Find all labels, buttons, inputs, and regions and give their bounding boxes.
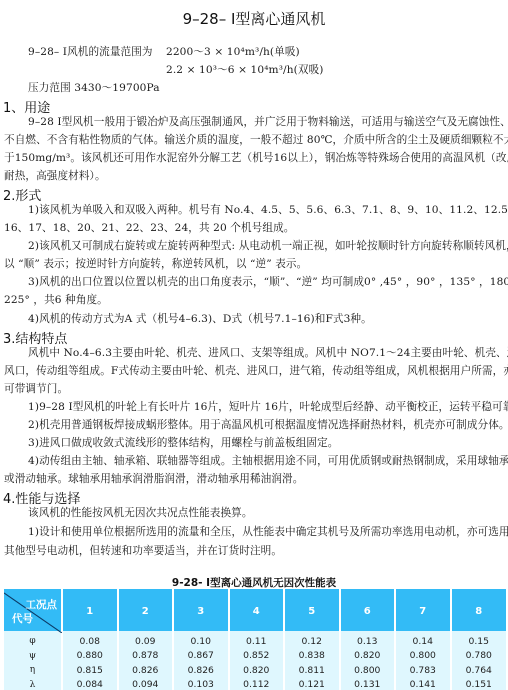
table-cell: 0.783 xyxy=(395,663,451,678)
table-cell: 0.764 xyxy=(451,663,507,678)
table-row: η 0.815 0.826 0.826 0.820 0.811 0.800 0.… xyxy=(4,663,506,678)
paragraph-line: 风机中 No.4–6.3主要由叶轮、机壳、进风口、支架等组成。风机中 NO7.1… xyxy=(28,347,504,360)
paragraph-line: 4)动传组由主轴、轴承箱、联轴器等组成。主轴根据用途不同，可用优质钢或耐热钢制成… xyxy=(28,455,504,468)
flow-range-single: 2200～3 × 10⁴m³/h(单吸) xyxy=(166,46,300,59)
paragraph-line: 2)该风机又可制成右旋转或左旋转两种型式: 从电动机一端正视，如叶轮按顺时针方向… xyxy=(28,240,504,253)
row-symbol: φ xyxy=(4,631,62,649)
paragraph-line: 1)该风机为单吸入和双吸入两种。机号有 No.4、4.5、5、5.6、6.3、7… xyxy=(28,204,504,217)
column-header: 5 xyxy=(284,590,340,631)
paragraph-line: 4)风机的传动方式为A 式（机号4–6.3)、D式（机号7.1–16)和F式3种… xyxy=(28,313,372,326)
paragraph-line: 不自燃、不含有粘性物质的气体。输送介质的温度，一般不超过 80℃，介质中所含的尘… xyxy=(4,134,504,147)
column-header: 4 xyxy=(229,590,285,631)
column-header: 7 xyxy=(395,590,451,631)
table-cell: 0.820 xyxy=(229,663,285,678)
paragraph-line: 225° ，共6 种角度。 xyxy=(4,294,108,307)
table-cell: 0.867 xyxy=(173,649,229,664)
table-cell: 0.103 xyxy=(173,678,229,690)
table-cell: 0.780 xyxy=(451,649,507,664)
table-cell: 0.880 xyxy=(62,649,118,664)
table-cell: 0.09 xyxy=(118,631,174,649)
table-cell: 0.826 xyxy=(173,663,229,678)
table-cell: 0.820 xyxy=(340,649,396,664)
table-cell: 0.826 xyxy=(118,663,174,678)
paragraph-line: 2)机壳用普通钢板焊接成蜗形整体。用于高温风机可根据温度情况选择耐热材料，机壳亦… xyxy=(28,419,504,432)
table-cell: 0.838 xyxy=(284,649,340,664)
table-title: 9-28- Ⅰ型离心通风机无因次性能表 xyxy=(0,575,508,590)
table-cell: 0.112 xyxy=(229,678,285,690)
paragraph-line: 1)设计和使用单位根据所选用的流量和全压，从性能表中确定其机号及所需功率选用电动… xyxy=(28,526,504,539)
table-cell: 0.12 xyxy=(284,631,340,649)
table-cell: 0.151 xyxy=(451,678,507,690)
paragraph-line: 可带调节门。 xyxy=(4,383,68,396)
table-row: λ 0.084 0.094 0.103 0.112 0.121 0.131 0.… xyxy=(4,678,506,690)
table-cell: 0.815 xyxy=(62,663,118,678)
table-cell: 0.15 xyxy=(451,631,507,649)
table-cell: 0.811 xyxy=(284,663,340,678)
table-corner-header: 工况点 代号 xyxy=(4,590,62,631)
column-header: 3 xyxy=(173,590,229,631)
paragraph-line: 9–28 Ⅰ型风机一般用于锻冶炉及高压强制通风，并广泛用于物料输送，可适用与输送… xyxy=(28,116,504,129)
row-symbol: ψ xyxy=(4,649,62,664)
paragraph-line: 1)9–28 Ⅰ型风机的叶轮上有长叶片 16片，短叶片 16片，叶轮成型后经静、… xyxy=(28,401,504,414)
column-header: 1 xyxy=(62,590,118,631)
table-cell: 0.14 xyxy=(395,631,451,649)
performance-table: 工况点 代号 1 2 3 4 5 6 7 8 φ 0.08 0.09 0.10 … xyxy=(4,589,506,690)
paragraph-line: 或滑动轴承。球轴承用轴承润滑脂润滑，滑动轴承用稀油润滑。 xyxy=(4,473,303,486)
row-symbol: η xyxy=(4,663,62,678)
flow-range-label: 9–28– Ⅰ风机的流量范围为 xyxy=(28,46,153,59)
table-cell: 0.11 xyxy=(229,631,285,649)
table-cell: 0.121 xyxy=(284,678,340,690)
section-heading-usage: 1、用途 xyxy=(3,97,50,116)
section-heading-performance: 4.性能与选择 xyxy=(3,488,80,507)
table-cell: 0.094 xyxy=(118,678,174,690)
table-cell: 0.08 xyxy=(62,631,118,649)
paragraph-line: 以 “顺” 表示；按逆时针方向旋转，称逆转风机，以 “逆” 表示。 xyxy=(4,258,307,271)
paragraph-line: 于150mg/m³。该风机还可用作水泥窑外分解工艺（机号16以上），钢冶炼等特殊… xyxy=(4,152,504,165)
pressure-range: 压力范围 3430～19700Pa xyxy=(28,82,160,95)
table-cell: 0.852 xyxy=(229,649,285,664)
table-cell: 0.131 xyxy=(340,678,396,690)
paragraph-line: 16、17、18、20、21、22、23、24，共 20 个机号组成。 xyxy=(4,222,294,235)
paragraph-line: 3)进风口做成收敛式流线形的整体结构，用螺栓与前盖板组固定。 xyxy=(28,437,339,450)
page-title: 9–28– Ⅰ型离心通风机 xyxy=(0,8,508,29)
column-header: 6 xyxy=(340,590,396,631)
corner-label-operating-point: 工况点 xyxy=(26,597,58,612)
section-heading-structure: 3.结构特点 xyxy=(3,328,67,347)
row-symbol: λ xyxy=(4,678,62,690)
column-header: 2 xyxy=(118,590,174,631)
paragraph-line: 耐热，高强度材料）。 xyxy=(4,170,106,183)
paragraph-line: 3)风机的出口位置以位置以机壳的出口角度表示，“顺”、“逆” 均可制成0° ,4… xyxy=(28,276,504,289)
table-cell: 0.10 xyxy=(173,631,229,649)
column-header: 8 xyxy=(451,590,507,631)
table-cell: 0.141 xyxy=(395,678,451,690)
paragraph-line: 风口，传动组等组成。F式传动主要由叶轮、机壳、进风口，进气箱，传动组等组成，风机… xyxy=(4,365,504,378)
flow-range-double: 2.2 × 10³～6 × 10⁴m³/h(双吸) xyxy=(166,64,324,77)
table-cell: 0.800 xyxy=(395,649,451,664)
table-row: ψ 0.880 0.878 0.867 0.852 0.838 0.820 0.… xyxy=(4,649,506,664)
table-cell: 0.084 xyxy=(62,678,118,690)
table-cell: 0.13 xyxy=(340,631,396,649)
table-cell: 0.800 xyxy=(340,663,396,678)
table-cell: 0.878 xyxy=(118,649,174,664)
table-header-row: 工况点 代号 1 2 3 4 5 6 7 8 xyxy=(4,590,506,631)
section-heading-form: 2.形式 xyxy=(3,185,41,204)
paragraph-line: 该风机的性能按风机无因次共况点性能表换算。 xyxy=(28,507,253,520)
table-row: φ 0.08 0.09 0.10 0.11 0.12 0.13 0.14 0.1… xyxy=(4,631,506,649)
corner-label-symbol: 代号 xyxy=(12,611,33,626)
paragraph-line: 其他型号电动机，但转速和功率要适当，并在订货时注明。 xyxy=(4,545,282,558)
